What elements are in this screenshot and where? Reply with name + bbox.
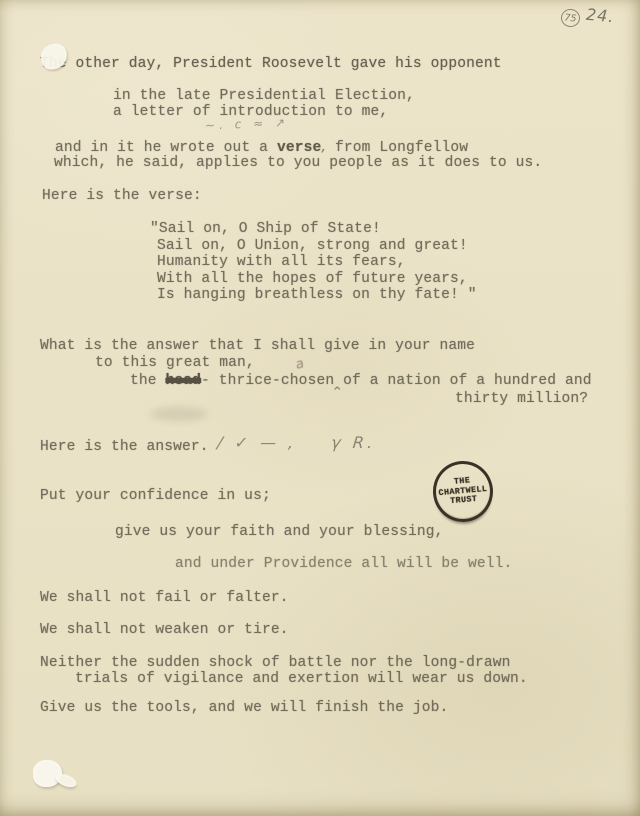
typed-line-question-4: thirty million? [455,391,588,407]
typed-line-confidence: Put your confidence in us; [40,488,271,504]
typed-line-question-1: What is the answer that I shall give in … [40,338,475,354]
paper-hole-bottom-tail [54,771,79,789]
verse-line-2: Sail on, O Union, strong and great! [157,238,468,254]
circled-page-number: 75 [560,8,581,28]
typed-line-applies: which, he said, applies to you people as… [54,155,542,171]
typed-line-question-3: the head- thrice-chosen of a nation of a… [130,373,592,389]
typewritten-page: 75 24. The other day, President Roosevel… [0,0,640,816]
typed-line-neither-1: Neither the sudden shock of battle nor t… [40,655,511,671]
pencil-shorthand-marks: / ✓ — , γ R. [216,435,376,451]
erased-pencil-smudge [150,407,208,421]
typed-line-answer-intro: Here is the answer./ ✓ — , γ R. [40,437,375,455]
question-3-part-a: the [130,373,166,389]
circled-page-number-value: 75 [564,12,577,24]
insertion-caret: ^ [333,384,342,400]
typed-line-providence: and under Providence all will be well. [175,556,512,572]
stamp-line-3: TRUST [450,495,478,507]
question-3-part-c: of a nation of a hundred and [334,373,591,389]
page-number: 24. [585,5,615,26]
verse-word-bold: verse [277,140,321,156]
answer-intro-text: Here is the answer. [40,439,209,455]
typed-line-opening: The other day, President Roosevelt gave … [40,56,502,72]
chartwell-trust-stamp: THE CHARTWELL TRUST [430,459,495,525]
struck-out-word: head [166,373,202,389]
typed-line-neither-2: trials of vigilance and exertion will we… [75,671,528,687]
verse-line-1: "Sail on, O Ship of State! [150,221,381,237]
pencil-note-above-chosen: a [294,356,306,373]
pencil-squiggle-annotation: ~. c ≈ ↗ [205,116,289,133]
verse-line-3: Humanity with all its fears, [157,254,406,270]
typed-line-question-2: to this great man, [95,355,255,371]
typed-line-verse-intro: and in it he wrote out a verse, from Lon… [55,139,468,156]
question-3-part-b: - thrice-chosen [201,373,334,389]
typed-line-here-is-verse: Here is the verse: [42,188,202,204]
typed-line-weaken-tire: We shall not weaken or tire. [40,622,289,638]
verse-line-5: Is hanging breathless on thy fate! " [157,287,477,303]
typed-line-tools: Give us the tools, and we will finish th… [40,700,448,716]
verse-intro-part-b: from Longfellow [326,140,468,156]
verse-intro-part-a: and in it he wrote out a [55,140,277,156]
typed-line-faith: give us your faith and your blessing, [115,524,443,540]
typed-line-fail-falter: We shall not fail or falter. [40,590,289,606]
verse-line-4: With all the hopes of future years, [157,271,468,287]
typed-line-election: in the late Presidential Election, [113,88,415,104]
